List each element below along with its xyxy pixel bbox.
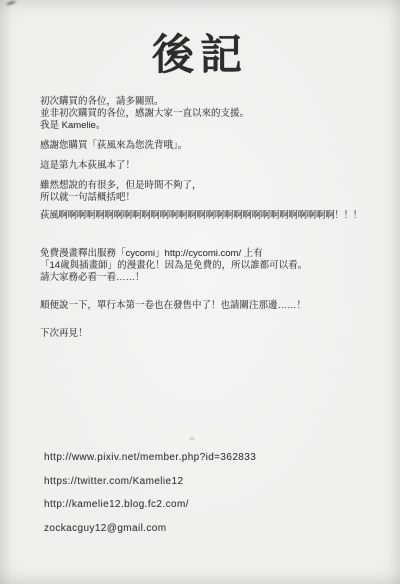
- time-note-paragraph: 雖然想說的有很多，但是時間不夠了， 所以就一句話概括吧！: [40, 180, 380, 204]
- cycomi-line-3: 請大家務必看一看……！: [40, 272, 380, 284]
- email-address: zockacguy12@gmail.com: [44, 523, 256, 534]
- farewell-line: 下次再見！: [40, 328, 380, 340]
- greeting-line-3: 我是 Kamelie。: [40, 120, 380, 132]
- scan-speck-corner: [3, 0, 18, 8]
- twitter-url: https://twitter.com/Kamelie12: [44, 476, 256, 487]
- cycomi-paragraph: 免費漫畫釋出服務「cycomi」http://cycomi.com/ 上有 「1…: [40, 248, 380, 284]
- scream-paragraph: 荻風啊啊啊啊啊啊啊啊啊啊啊啊啊啊啊啊啊啊啊啊啊啊啊啊啊啊啊啊啊啊！！！: [40, 210, 380, 222]
- scanned-page: 後記 初次購買的各位，請多關照。 並非初次購買的各位，感謝大家一直以來的支援。 …: [0, 0, 400, 584]
- thanks-paragraph: 感謝您購買「荻風來為您洗背哦」。: [40, 140, 380, 152]
- afterword-body: 初次購買的各位，請多關照。 並非初次購買的各位，感謝大家一直以來的支援。 我是 …: [0, 96, 400, 340]
- tankobon-paragraph: 順便說一下，單行本第一卷也在發售中了！也請關注那邊……！: [40, 300, 380, 312]
- scream-line: 荻風啊啊啊啊啊啊啊啊啊啊啊啊啊啊啊啊啊啊啊啊啊啊啊啊啊啊啊啊啊啊！！！: [40, 210, 380, 222]
- cycomi-line-2: 「14歲與插畫師」的漫畫化！因為是免費的，所以誰都可以看。: [40, 260, 380, 272]
- tankobon-line: 順便說一下，單行本第一卷也在發售中了！也請關注那邊……！: [40, 300, 380, 312]
- blog-url: http://kamelie12.blog.fc2.com/: [44, 499, 256, 510]
- time-note-line-1: 雖然想說的有很多，但是時間不夠了，: [40, 180, 380, 192]
- cycomi-line-1: 免費漫畫釋出服務「cycomi」http://cycomi.com/ 上有: [40, 248, 380, 260]
- pixiv-url: http://www.pixiv.net/member.php?id=36283…: [44, 452, 256, 463]
- greeting-paragraph: 初次購買的各位，請多關照。 並非初次購買的各位，感謝大家一直以來的支援。 我是 …: [40, 96, 380, 132]
- scan-speck-mid: [188, 436, 196, 441]
- author-links: http://www.pixiv.net/member.php?id=36283…: [44, 452, 256, 546]
- ninth-book-line: 這是第九本荻風本了！: [40, 160, 380, 172]
- page-title: 後記: [0, 30, 400, 80]
- greeting-line-1: 初次購買的各位，請多關照。: [40, 96, 380, 108]
- ninth-book-paragraph: 這是第九本荻風本了！: [40, 160, 380, 172]
- time-note-line-2: 所以就一句話概括吧！: [40, 192, 380, 204]
- greeting-line-2: 並非初次購買的各位，感謝大家一直以來的支援。: [40, 108, 380, 120]
- farewell-paragraph: 下次再見！: [40, 328, 380, 340]
- thanks-line: 感謝您購買「荻風來為您洗背哦」。: [40, 140, 380, 152]
